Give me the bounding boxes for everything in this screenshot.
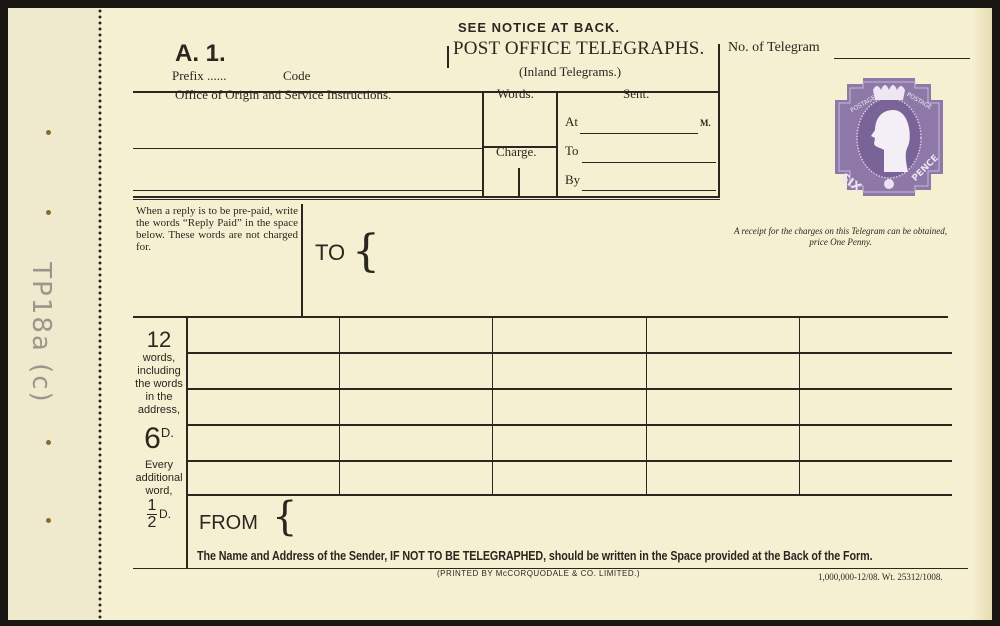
price: 6 [144,422,161,455]
embossed-stamp-icon: SIX PENCE POSTAGE POSTAGE [833,76,945,198]
divider [447,46,449,68]
code-field[interactable]: Code [283,68,310,84]
form-code: A. 1. [175,40,226,68]
origin-line[interactable] [133,148,483,149]
fraction-numerator: 1 [148,498,157,514]
perforation-line [97,8,103,620]
price-unit: D. [161,425,174,440]
counterfoil-stub: TP18a (c) [8,8,100,620]
sent-by-label: By [565,172,580,188]
sender-note: The Name and Address of the Sender, IF N… [197,549,872,563]
binding-hole [46,518,51,523]
additional-rate: Every additional word, [133,459,185,498]
sent-by-field[interactable] [582,190,716,191]
rule [133,196,720,198]
sender-note-emphasis: IF NOT TO BE TELEGRAPHED, [390,549,546,563]
rate-info: 12 words, including the words in the add… [133,328,185,531]
binding-hole [46,440,51,445]
sent-at-field[interactable] [580,133,698,134]
divider [556,91,558,196]
sent-at-label: At [565,114,578,130]
rate-description: words, including the words in the addres… [133,352,185,417]
brace-icon: { [352,226,380,277]
rule [133,199,720,200]
from-field[interactable] [300,500,940,544]
brace-icon: { [272,494,297,540]
prefix-field[interactable]: Prefix ...... [172,68,227,84]
notice-heading: SEE NOTICE AT BACK. [458,20,620,35]
telegram-number-label: No. of Telegram [728,40,820,56]
to-address-field[interactable] [400,210,720,310]
page-edge [972,8,992,620]
sent-to-field[interactable] [582,162,716,163]
divider [301,204,303,316]
binding-hole [46,130,51,135]
divider [482,91,484,196]
origin-line[interactable] [133,190,483,191]
sent-m-label: M. [700,118,711,128]
additional-unit: D. [159,508,171,521]
grid-row-line [187,494,952,496]
sender-note-part: The Name and Address of the Sender, [197,549,390,563]
words-label: Words. [497,86,534,102]
fraction-denominator: 2 [148,515,157,531]
divider [518,168,520,198]
divider [718,44,720,196]
form-subtitle: (Inland Telegrams.) [519,64,621,80]
word-count: 12 [133,328,185,352]
receipt-note: A receipt for the charges on this Telegr… [728,226,953,248]
form-title: POST OFFICE TELEGRAPHS. [453,38,704,60]
from-label: FROM [199,512,258,535]
telegram-number-field[interactable] [834,58,970,59]
charge-label: Charge. [496,144,537,160]
sent-label: Sent. [623,86,649,102]
reply-paid-note: When a reply is to be pre-paid, write th… [136,205,298,253]
printer-imprint: (PRINTED BY McCORQUODALE & CO. LIMITED.) [437,569,640,578]
sender-note-part: should be written in the Space provided … [546,549,873,563]
serial-number: 1,000,000-12/08. Wt. 25312/1008. [818,572,943,582]
message-word-grid[interactable] [188,320,950,492]
sent-to-label: To [565,143,579,159]
rule [133,316,948,318]
to-label: TO [315,240,345,266]
origin-label: Office of Origin and Service Instruction… [175,87,391,103]
binding-hole [46,210,51,215]
